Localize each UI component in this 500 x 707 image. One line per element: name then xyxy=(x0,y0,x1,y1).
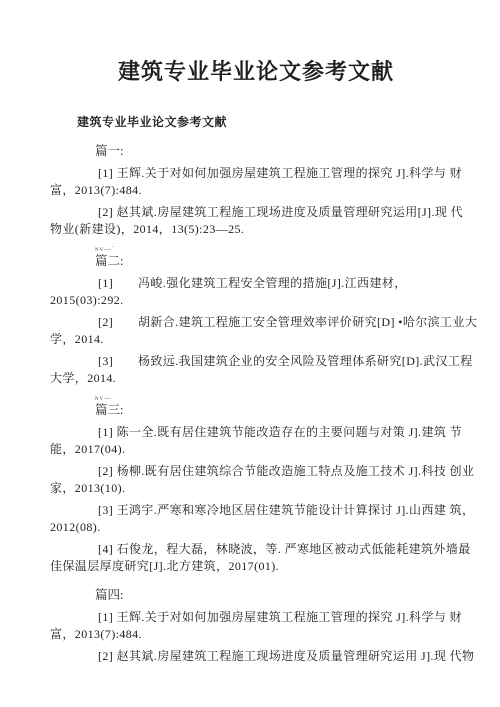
reference-line: 物业(新建设)，2014，13(5):23—25. xyxy=(50,221,462,238)
scan-artifact: ɴᴠ—ˊ xyxy=(95,246,462,253)
reference-line: [2] 杨柳.既有居住建筑综合节能改造施工特点及施工技术 J].科技 创业 xyxy=(50,463,462,480)
reference-entry: [2] 杨柳.既有居住建筑综合节能改造施工特点及施工技术 J].科技 创业 家，… xyxy=(50,463,462,497)
reference-line: 2015(03):292. xyxy=(50,292,462,309)
reference-line: 佳保温层厚度研究[J].北方建筑，2017(01). xyxy=(50,558,462,575)
reference-entry: [1] 陈一全.既有居住建筑节能改造存在的主要问题与对策 J].建筑 节 能，2… xyxy=(50,424,462,458)
scan-artifact: ɴᴠ— xyxy=(95,395,462,402)
reference-line: 家，2013(10). xyxy=(50,480,462,497)
section-heading: 篇三: xyxy=(95,402,462,419)
document-subtitle: 建筑专业毕业论文参考文献 xyxy=(77,114,462,131)
document-title: 建筑专业毕业论文参考文献 xyxy=(50,55,462,86)
reference-line: 2012(08). xyxy=(50,519,462,536)
reference-line: [1] 王辉.关于对如何加强房屋建筑工程施工管理的探究 J].科学与 财 xyxy=(50,165,462,182)
reference-entry: [3] 杨致远.我国建筑企业的安全风险及管理体系研究[D].武汉工程 大学，20… xyxy=(50,353,462,387)
section-heading: 篇一: xyxy=(95,143,462,160)
reference-line: 学，2014. xyxy=(50,331,462,348)
reference-line: [1] 冯峻.强化建筑工程安全管理的措施[J].江西建材， xyxy=(50,275,462,292)
section-heading: 篇二: xyxy=(95,253,462,270)
reference-line: [3] 王鸿宇.严寒和寒冷地区居住建筑节能设计计算探讨 J].山西建 筑， xyxy=(50,502,462,519)
reference-line: [3] 杨致远.我国建筑企业的安全风险及管理体系研究[D].武汉工程 xyxy=(50,353,462,370)
reference-section-2: ɴᴠ—ˊ 篇二: [1] 冯峻.强化建筑工程安全管理的措施[J].江西建材， 2… xyxy=(50,246,462,387)
reference-section-1: 篇一: [1] 王辉.关于对如何加强房屋建筑工程施工管理的探究 J].科学与 财… xyxy=(50,143,462,238)
reference-entry: [1] 冯峻.强化建筑工程安全管理的措施[J].江西建材， 2015(03):2… xyxy=(50,275,462,309)
reference-line: 富，2013(7):484. xyxy=(50,626,462,643)
reference-section-4: 篇四: [1] 王辉.关于对如何加强房屋建筑工程施工管理的探究 J].科学与 财… xyxy=(50,587,462,665)
reference-entry: [3] 王鸿宇.严寒和寒冷地区居住建筑节能设计计算探讨 J].山西建 筑， 20… xyxy=(50,502,462,536)
section-heading: 篇四: xyxy=(95,587,462,604)
reference-line: [1] 王辉.关于对如何加强房屋建筑工程施工管理的探究 J].科学与 财 xyxy=(50,609,462,626)
reference-entry: [2] 赵其斌.房屋建筑工程施工现场进度及质量管理研究运用[J].现 代 物业(… xyxy=(50,204,462,238)
reference-line: [2] 赵其斌.房屋建筑工程施工现场进度及质量管理研究运用 J].现 代物 xyxy=(50,648,462,665)
document-page: 建筑专业毕业论文参考文献 建筑专业毕业论文参考文献 篇一: [1] 王辉.关于对… xyxy=(0,0,500,707)
reference-line: 富，2013(7):484. xyxy=(50,182,462,199)
reference-line: [2] 胡新合.建筑工程施工安全管理效率评价研究[D] •哈尔滨工业大 xyxy=(50,314,462,331)
reference-entry: [2] 赵其斌.房屋建筑工程施工现场进度及质量管理研究运用 J].现 代物 xyxy=(50,648,462,665)
reference-section-3: ɴᴠ— 篇三: [1] 陈一全.既有居住建筑节能改造存在的主要问题与对策 J].… xyxy=(50,395,462,575)
reference-entry: [4] 石俊龙，程大磊，林晓波，等. 严寒地区被动式低能耗建筑外墙最 佳保温层厚… xyxy=(50,541,462,575)
reference-line: 能，2017(04). xyxy=(50,441,462,458)
reference-entry: [1] 王辉.关于对如何加强房屋建筑工程施工管理的探究 J].科学与 财 富，2… xyxy=(50,165,462,199)
reference-line: [2] 赵其斌.房屋建筑工程施工现场进度及质量管理研究运用[J].现 代 xyxy=(50,204,462,221)
reference-line: [1] 陈一全.既有居住建筑节能改造存在的主要问题与对策 J].建筑 节 xyxy=(50,424,462,441)
reference-line: 大学，2014. xyxy=(50,370,462,387)
reference-line: [4] 石俊龙，程大磊，林晓波，等. 严寒地区被动式低能耗建筑外墙最 xyxy=(50,541,462,558)
reference-entry: [2] 胡新合.建筑工程施工安全管理效率评价研究[D] •哈尔滨工业大 学，20… xyxy=(50,314,462,348)
reference-entry: [1] 王辉.关于对如何加强房屋建筑工程施工管理的探究 J].科学与 财 富，2… xyxy=(50,609,462,643)
